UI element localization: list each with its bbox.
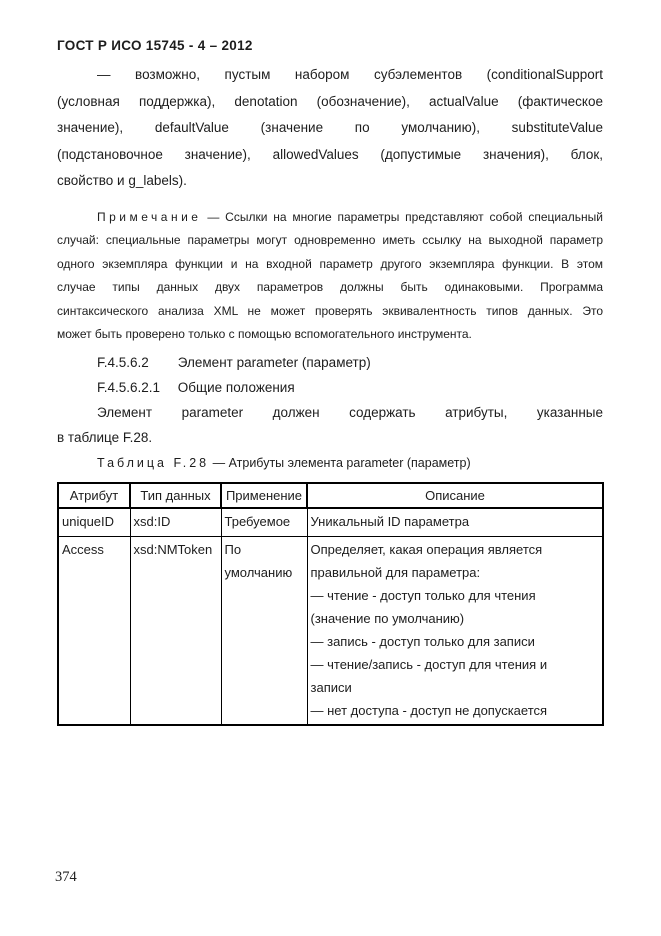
heading-title: Элемент parameter (параметр) [178, 355, 371, 370]
note-line-text: — Ссылки на многие параметры представляю… [207, 210, 603, 224]
cell-description: Определяет, какая операция является прав… [307, 536, 603, 725]
table-caption-text: — Атрибуты элемента parameter (параметр) [213, 456, 471, 470]
table-header-row: Атрибут Тип данных Применение Описание [58, 483, 603, 508]
note-line: может быть проверено только с помощью вс… [57, 323, 603, 347]
attributes-table: Атрибут Тип данных Применение Описание u… [57, 482, 604, 726]
description-line: — чтение/запись - доступ для чтения и [311, 653, 600, 676]
document-page: ГОСТ Р ИСО 15745 - 4 – 2012 — возможно, … [0, 0, 661, 936]
cell-usage: Требуемое [221, 508, 307, 537]
heading-number: F.4.5.6.2.1 [97, 375, 174, 400]
table-caption: Таблица F.28 — Атрибуты элемента paramet… [57, 451, 603, 476]
column-header-usage: Применение [221, 483, 307, 508]
table-caption-label: Таблица F.28 [97, 456, 209, 470]
description-line: — запись - доступ только для записи [311, 630, 600, 653]
cell-usage: По умолчанию [221, 536, 307, 725]
cell-attribute: uniqueID [58, 508, 130, 537]
paragraph-line: (подстановочное значение), allowedValues… [57, 142, 603, 169]
cell-datatype: xsd:ID [130, 508, 221, 537]
heading-title: Общие положения [178, 380, 295, 395]
heading-number: F.4.5.6.2 [97, 350, 174, 375]
description-line: (значение по умолчанию) [311, 607, 600, 630]
cell-datatype: xsd:NMToken [130, 536, 221, 725]
column-header-datatype: Тип данных [130, 483, 221, 508]
paragraph-line: значение), defaultValue (значение по умо… [57, 115, 603, 142]
column-header-attribute: Атрибут [58, 483, 130, 508]
note-line: одного экземпляра функции и на входной п… [57, 253, 603, 277]
note-line: случае типы данных двух параметров должн… [57, 276, 603, 300]
description-line: правильной для параметра: [311, 561, 600, 584]
table-row: Access xsd:NMToken По умолчанию Определя… [58, 536, 603, 725]
column-header-description: Описание [307, 483, 603, 508]
cell-attribute: Access [58, 536, 130, 725]
paragraph-line: в таблице F.28. [57, 425, 603, 451]
description-line: — нет доступа - доступ не допускается [311, 699, 600, 722]
note-line: синтаксического анализа XML не может про… [57, 300, 603, 324]
note-line: Примечание — Ссылки на многие параметры … [57, 206, 603, 230]
body-paragraph: Элемент parameter должен содержать атриб… [57, 400, 603, 451]
note-line: случай: специальные параметры могут одно… [57, 229, 603, 253]
table-row: uniqueID xsd:ID Требуемое Уникальный ID … [58, 508, 603, 537]
note-label: Примечание [97, 210, 201, 224]
description-line: — чтение - доступ только для чтения [311, 584, 600, 607]
document-title: ГОСТ Р ИСО 15745 - 4 – 2012 [57, 38, 603, 53]
cell-description: Уникальный ID параметра [307, 508, 603, 537]
paragraph-line: Элемент parameter должен содержать атриб… [57, 400, 603, 426]
section-heading-parameter-element: F.4.5.6.2 Элемент parameter (параметр) [57, 350, 603, 375]
paragraph-line: (условная поддержка), denotation (обозна… [57, 89, 603, 116]
intro-paragraph: — возможно, пустым набором субэлементов … [57, 62, 603, 195]
page-number: 374 [55, 869, 77, 886]
section-heading-general: F.4.5.6.2.1 Общие положения [57, 375, 603, 400]
note-block: Примечание — Ссылки на многие параметры … [57, 206, 603, 347]
paragraph-line: свойство и g_labels). [57, 168, 603, 195]
description-line: Определяет, какая операция является [311, 538, 600, 561]
paragraph-line: — возможно, пустым набором субэлементов … [57, 62, 603, 89]
description-line: записи [311, 676, 600, 699]
